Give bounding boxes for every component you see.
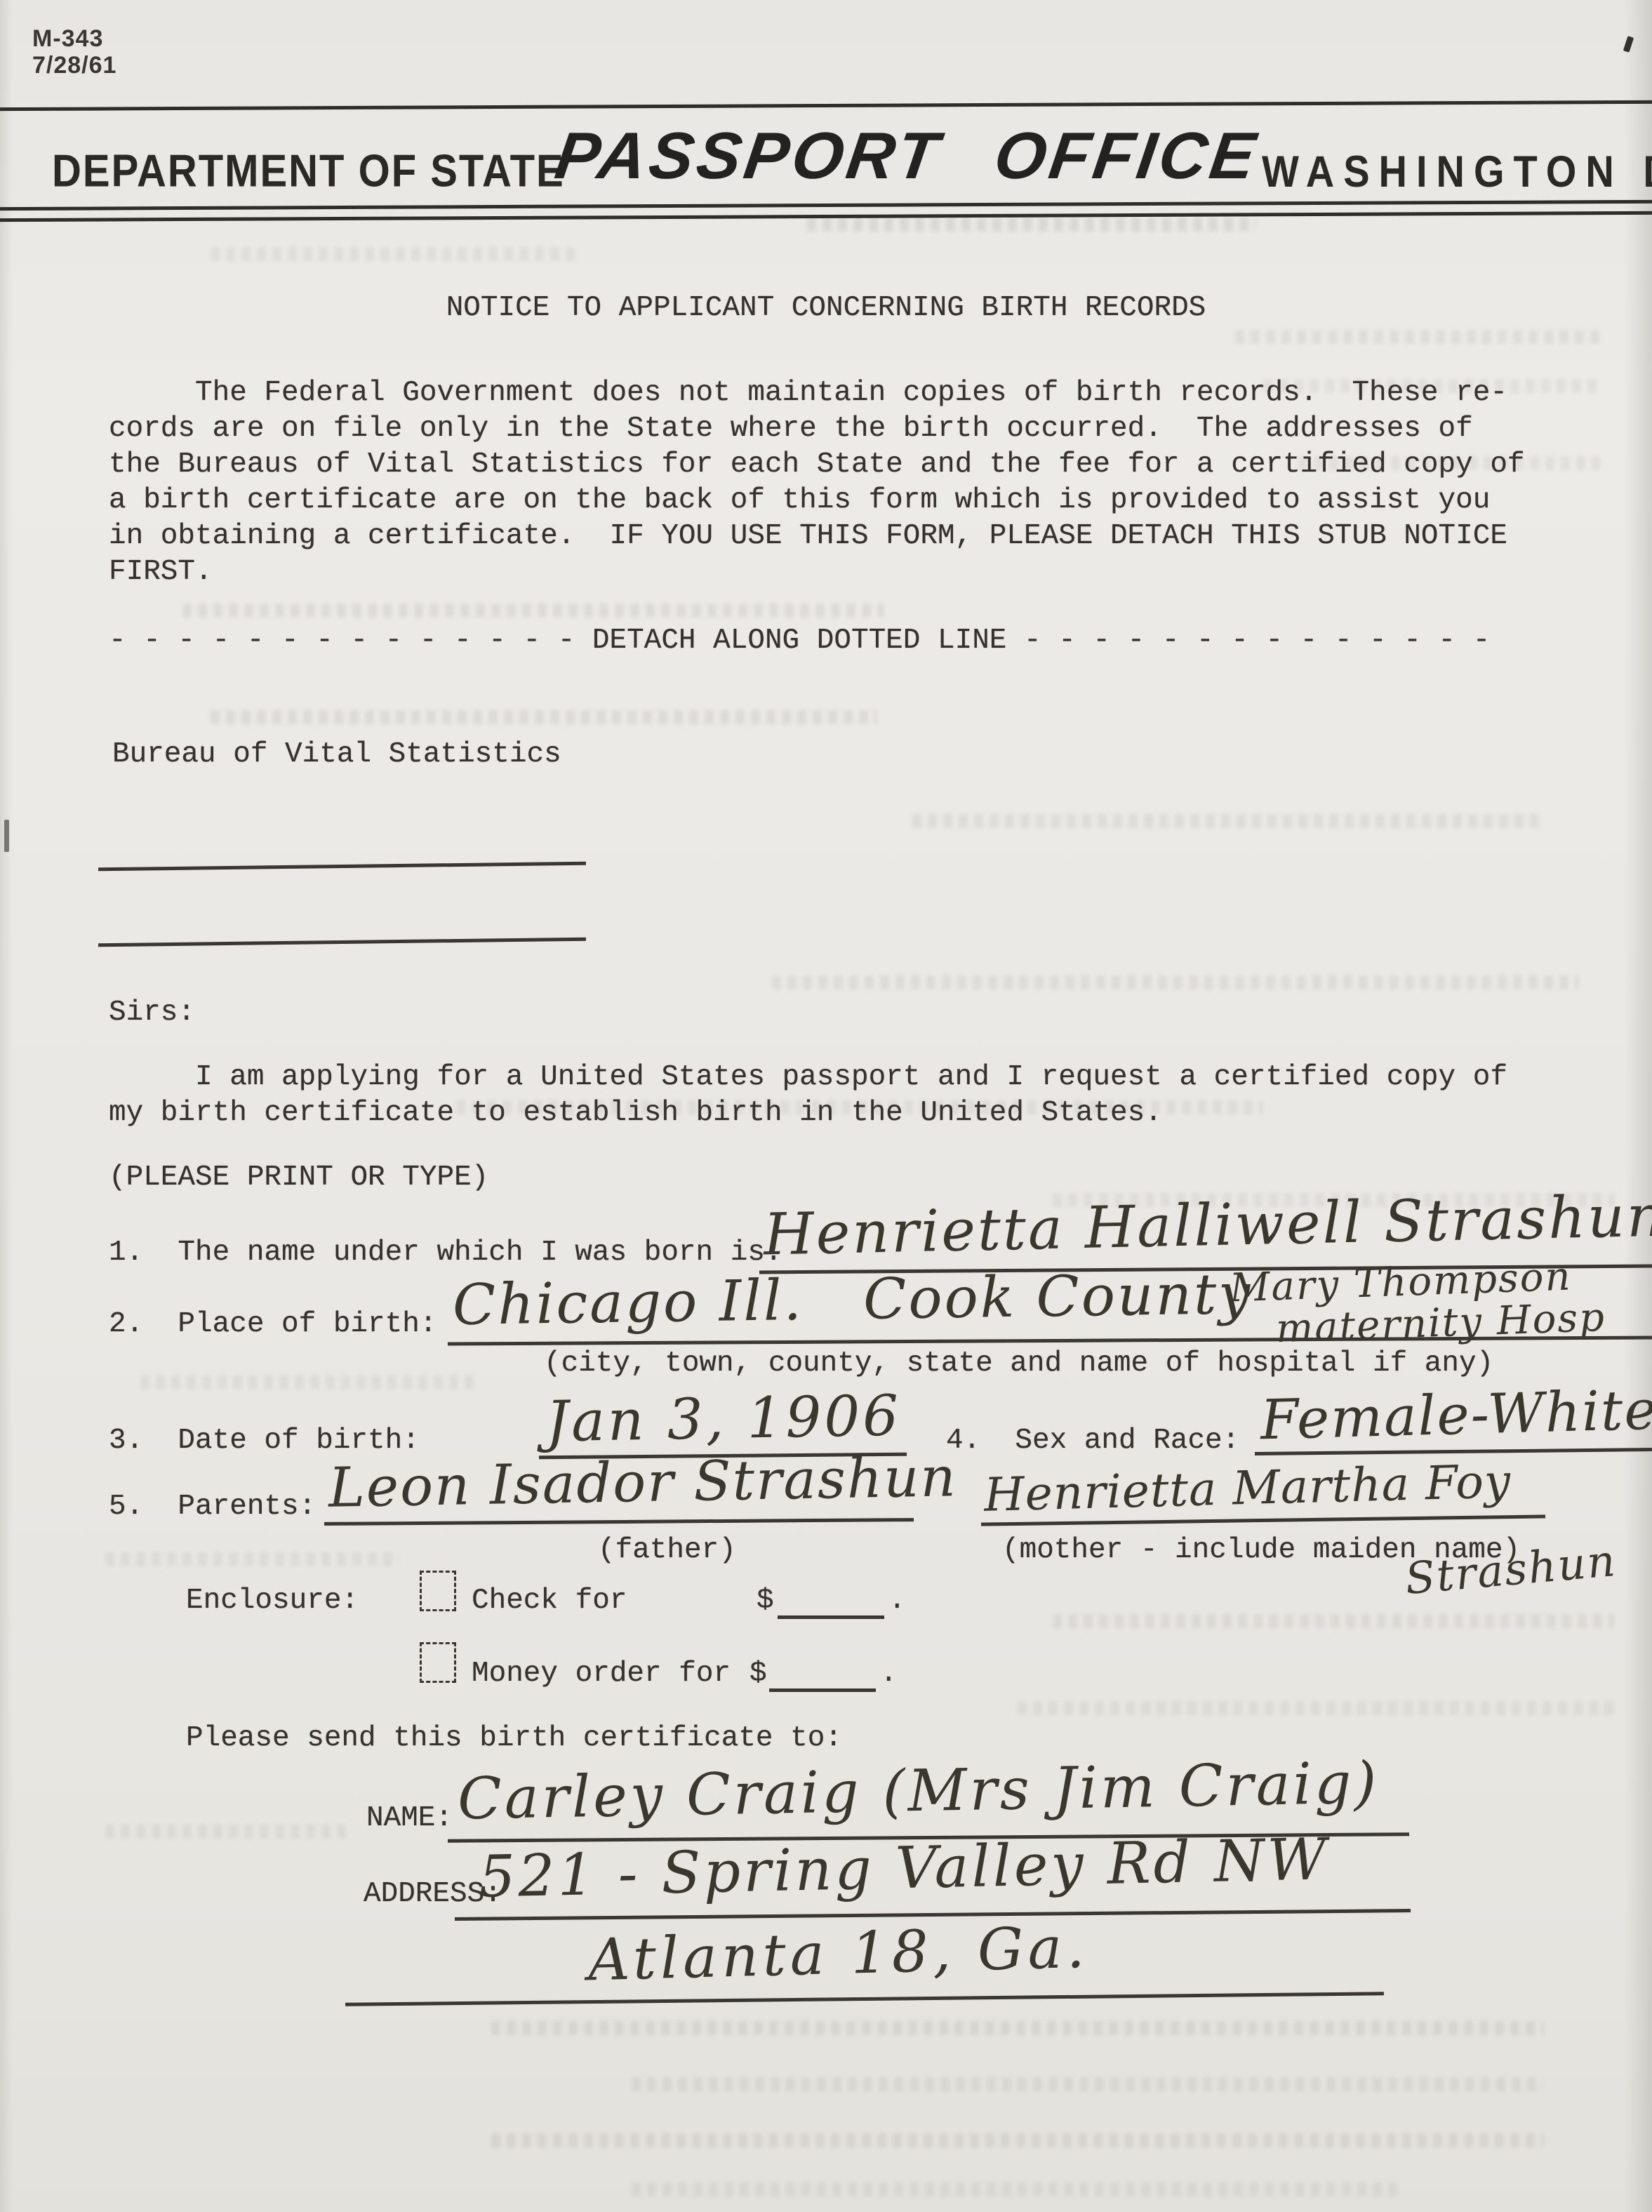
request-body: I am applying for a United States passpo…: [109, 1060, 1507, 1131]
top-rule: [0, 100, 1652, 111]
q1-label: 1. The name under which I was born is:: [109, 1235, 782, 1271]
bleedthrough-band: [1018, 1701, 1614, 1715]
q5-father-hint: (father): [598, 1533, 736, 1568]
notice-body: The Federal Government does not maintain…: [109, 375, 1525, 590]
q1-handwritten-value: Henrietta Halliwell Strashun: [763, 1188, 1652, 1265]
q4-handwritten-value: Female-White: [1260, 1383, 1652, 1448]
notice-title: NOTICE TO APPLICANT CONCERNING BIRTH REC…: [0, 291, 1652, 326]
bleedthrough-band: [491, 2021, 1544, 2035]
letterhead-location: WASHINGTON D C: [1262, 146, 1652, 197]
form-date: 7/28/61: [32, 52, 116, 79]
check-amount-prefix: $: [757, 1583, 774, 1619]
bleedthrough-band: [182, 604, 884, 618]
q2-hint: (city, town, county, state and name of h…: [544, 1346, 1493, 1382]
q5-father-handwritten-value: Leon Isador Strashun: [328, 1450, 957, 1516]
check-amount-period: .: [888, 1583, 906, 1619]
name-label: NAME:: [366, 1801, 453, 1837]
bleedthrough-band: [105, 1552, 400, 1566]
money-order-amount-line[interactable]: [769, 1688, 876, 1692]
letterhead-agency: DEPARTMENT OF STATE: [52, 145, 565, 197]
q5-label: 5. Parents:: [109, 1489, 316, 1525]
bleedthrough-band: [211, 710, 877, 724]
q2-handwritten-extra-2: maternity Hosp: [1275, 1298, 1606, 1349]
q3-label: 3. Date of birth:: [109, 1423, 420, 1459]
address-handwritten-value-2: Atlanta 18, Ga.: [587, 1919, 1089, 1990]
q4-label: 4. Sex and Race:: [946, 1423, 1239, 1459]
bleedthrough-band: [1235, 330, 1600, 344]
q2-label: 2. Place of birth:: [109, 1307, 437, 1342]
bleedthrough-band: [211, 247, 575, 261]
money-order-checkbox[interactable]: [420, 1642, 456, 1683]
enclosure-label: Enclosure:: [186, 1583, 359, 1619]
bureau-recipient: Bureau of Vital Statistics: [112, 737, 561, 773]
bleedthrough-band: [1053, 1614, 1614, 1628]
bleedthrough-band: [912, 814, 1544, 828]
scan-speck: [1623, 36, 1634, 53]
bleedthrough-band: [632, 2077, 1544, 2091]
money-order-amount-period: .: [880, 1656, 898, 1692]
q5-father-field-line[interactable]: [324, 1518, 914, 1526]
check-label: Check for: [472, 1583, 627, 1619]
address-field-line-2[interactable]: [345, 1992, 1384, 2006]
bureau-address-line-2[interactable]: [98, 938, 586, 947]
q3-handwritten-value: Jan 3, 1906: [545, 1388, 901, 1451]
bleedthrough-band: [807, 218, 1256, 232]
check-checkbox[interactable]: [420, 1571, 456, 1611]
bureau-address-line-1[interactable]: [98, 862, 586, 871]
bleedthrough-band: [772, 975, 1579, 990]
money-order-amount-prefix: $: [750, 1656, 767, 1692]
name-handwritten-value: Carley Craig (Mrs Jim Craig): [457, 1755, 1380, 1829]
salutation: Sirs:: [109, 995, 195, 1031]
address-handwritten-value: 521 - Spring Valley Rd NW: [478, 1831, 1330, 1906]
bleedthrough-band: [491, 2133, 1544, 2147]
letterhead-office: PASSPORT OFFICE: [551, 118, 1263, 194]
scanned-form-page: M-343 7/28/61 DEPARTMENT OF STATE PASSPO…: [0, 0, 1652, 2212]
bleedthrough-band: [140, 1375, 477, 1390]
q2-handwritten-value: Chicago Ill. Cook County: [452, 1266, 1252, 1333]
check-amount-line[interactable]: [778, 1615, 884, 1619]
bleedthrough-band: [105, 1825, 351, 1839]
print-or-type-instruction: (PLEASE PRINT OR TYPE): [109, 1160, 488, 1196]
form-number: M-343: [32, 25, 103, 53]
detach-line: - - - - - - - - - - - - - - DETACH ALONG…: [109, 623, 1490, 659]
money-order-label: Money order for: [472, 1656, 731, 1692]
scan-speck: [4, 820, 9, 852]
bleedthrough-band: [632, 2183, 1404, 2197]
q5-mother-handwritten-value: Henrietta Martha Foy: [983, 1458, 1512, 1519]
header-rule-upper: [0, 200, 1652, 211]
send-to-intro: Please send this birth certificate to:: [186, 1721, 842, 1757]
